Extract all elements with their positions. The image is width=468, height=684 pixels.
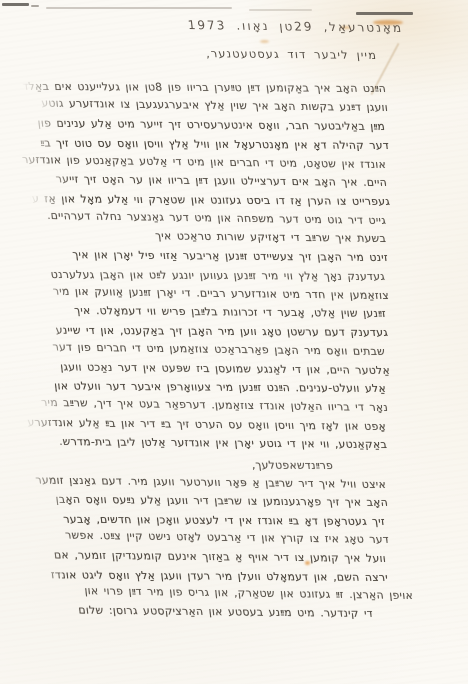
handwriting-line: צוזאַמען אין חדר מיט אונדזערע רביים. די …: [32, 284, 389, 302]
handwriting-line: אויפן האַרצן. זײַ געזונט און שטאַרק, און…: [44, 584, 413, 602]
handwriting-line: שבתים וואָס מיר האָבן פאַרבראַכט צוזאַמע…: [32, 340, 385, 358]
handwriting-line: וועגן דײַנע בקשות האָב איך שוין אַלץ איב…: [35, 96, 388, 114]
handwriting-line: ירצה השם, און דעמאָלט וועלן מיר רעדן ווע…: [29, 568, 388, 584]
handwriting-line: געדענק נאָך אַלץ ווי מיר זײַנען געווען י…: [14, 268, 386, 283]
handwriting-line: נאָר די בריוו האַלטן אונדז צוזאַמען. דער…: [33, 396, 388, 414]
handwriting-line: היים. איך האָב אים דערציילט וועגן דײַן ב…: [36, 172, 387, 189]
handwriting-line: געפרייט צו הערן אַז דו ביסט געזונט און ש…: [29, 192, 390, 208]
handwriting-line: אַלטער היים, און די לאַנגע שמועסן ביז שפ…: [23, 360, 390, 377]
handwriting-line: מײַן באַליבטער חבר, וואָס אינטערעסירט זי…: [26, 116, 385, 133]
handwriting-line: דער קהילה דאָ אין מאָנטרעאָל און וויל אַ…: [22, 136, 389, 152]
scan-edge-mark: [2, 3, 29, 6]
handwriting-line: בשעת איך שרײַב די דאָזיקע שורות טראַכט א…: [129, 229, 386, 245]
scan-edge-mark: [249, 9, 312, 11]
handwriting-line: פרײַנדשאפטלעך,: [240, 458, 334, 472]
scan-edge-mark: [356, 12, 413, 15]
scan-edge-mark: [31, 5, 39, 7]
handwriting-line: איצט וויל איך דיר שרײַבן אַ פּאָר ווערטע…: [19, 473, 386, 491]
handwriting-line: אַלע וועלט-ענינים. הײַנט זײַנען מיר צעוו…: [13, 379, 386, 395]
date-line: מאָנטרעאַל, 29טן נאָוו. 1973: [186, 18, 404, 35]
handwriting-line: האָב איך זיך פאָרגענומען צו שרײַבן דיר ו…: [31, 492, 388, 509]
salutation-line: מיין ליבער דוד געסטעטנער,: [186, 47, 377, 62]
handwriting-line: וועל איך קומען צו דיר אויף אַ באַזוך אינ…: [23, 548, 386, 565]
handwriting-line: אָפט און לאָז מיך וויסן וואָס עס הערט זי…: [23, 416, 386, 433]
handwriting-line: דער טאָג איז צו קורץ און די אַרבעט לאָזט…: [36, 528, 389, 546]
foxing-stain: [260, 40, 269, 43]
scan-edge-mark: [46, 7, 232, 9]
handwriting-line: אונדז אין שטאָט, מיט די חברים און מיט די…: [13, 153, 386, 171]
handwriting-line: געדענק דעם ערשטן טאָג ווען מיר האָבן זיך…: [29, 323, 388, 339]
handwriting-line: זײַנען שוין אַלט, אָבער די זכרונות בלײַב…: [21, 303, 386, 320]
handwriting-line: גייט דיר גוט מיט דער משפחה און מיט דער ג…: [17, 209, 386, 227]
handwriting-line: זיך געטראָפן דאָ בײַ אונדז אין די לעצטע …: [24, 512, 385, 528]
handwriting-line: די קינדער. מיט מײַנע בעסטע און האַרציקסט…: [42, 603, 373, 620]
handwriting-line: זינט מיר האָבן זיך צעשיידט זײַנען אַריבע…: [25, 248, 388, 264]
handwriting-line: באַקאַנטע, ווי אין די גוטע יאָרן אין אונ…: [30, 435, 387, 451]
handwriting-line: הײַנט האָב איך באַקומען דײַן טײַערן בריו…: [21, 80, 387, 95]
letter-page: מאָנטרעאַל, 29טן נאָוו. 1973 מיין ליבער …: [0, 0, 468, 684]
